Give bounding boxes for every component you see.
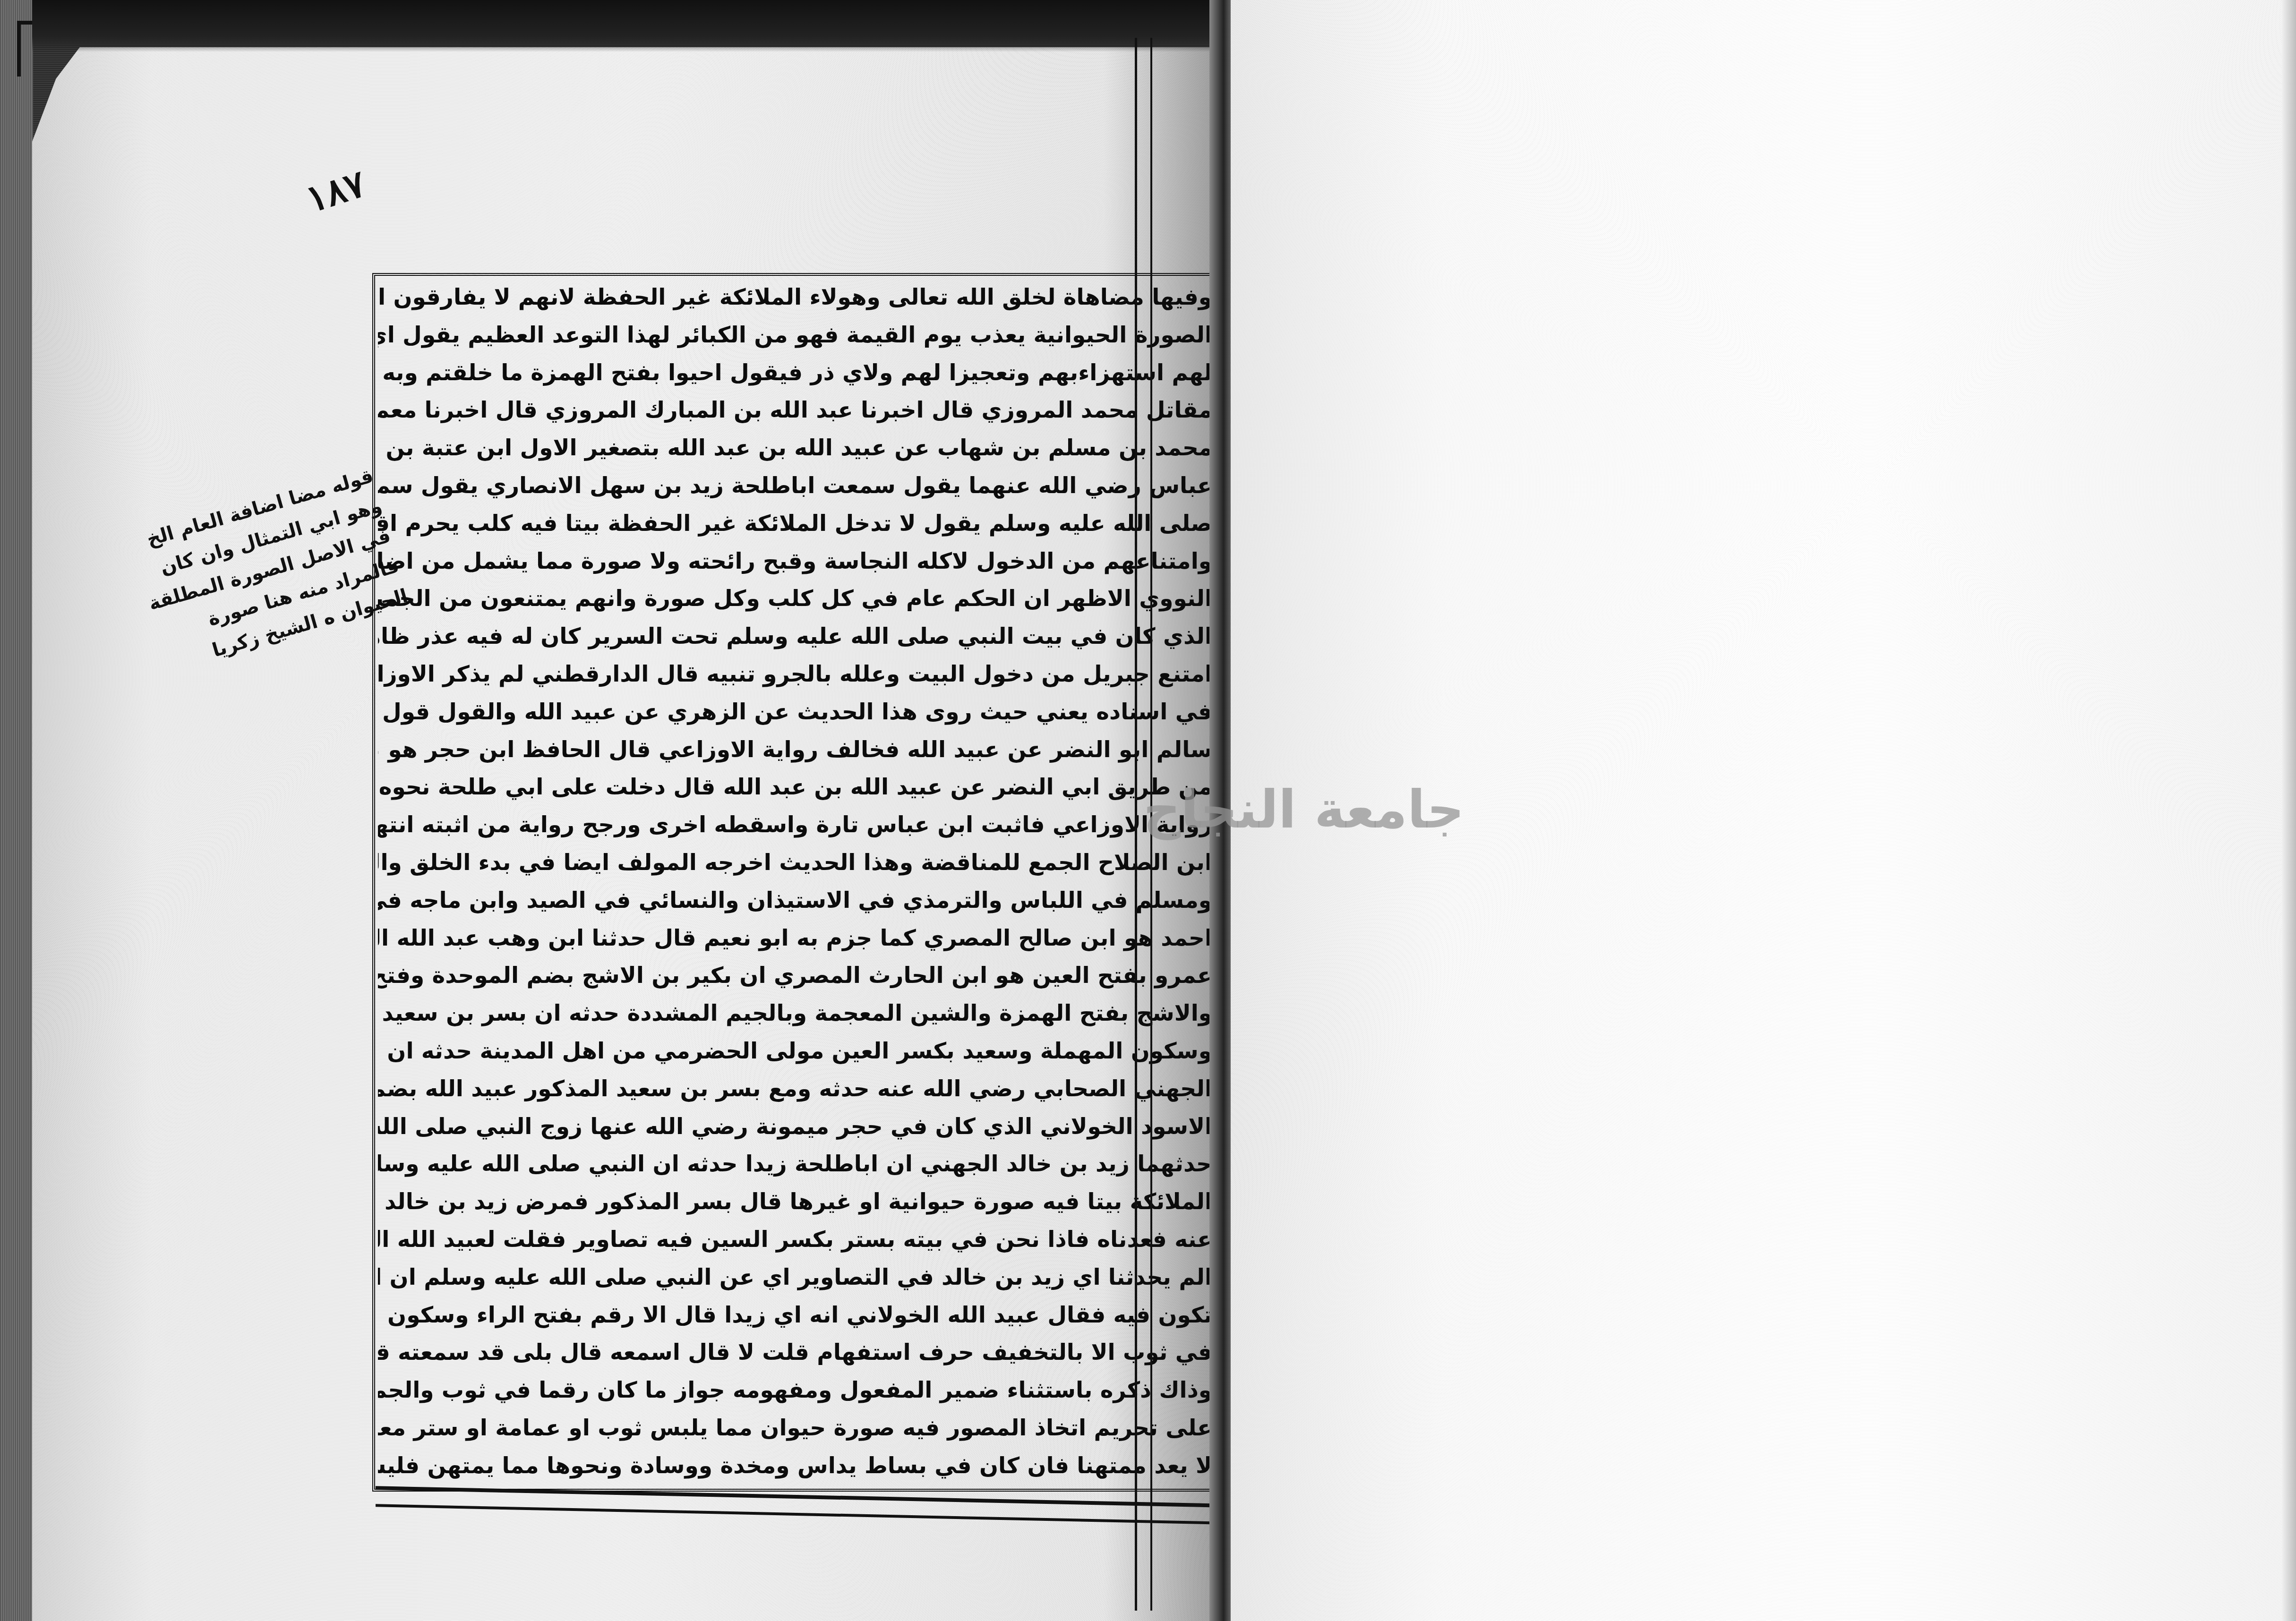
text-line: صلى الله عليه وسلم يقول لا تدخل الملائكة…	[378, 505, 1212, 543]
text-line: ابن الصلاح الجمع للمناقضة وهذا الحديث اخ…	[378, 844, 1212, 882]
text-line: عباس رضي الله عنهما يقول سمعت اباطلحة زي…	[378, 467, 1212, 505]
text-line: وامتناعهم من الدخول لاكله النجاسة وقبح ر…	[378, 543, 1212, 580]
text-line: وسكون المهملة وسعيد بكسر العين مولى الحض…	[378, 1032, 1212, 1070]
text-line: والاشج بفتح الهمزة والشين المعجمة وبالجي…	[378, 995, 1212, 1032]
right-page-edge	[2282, 0, 2296, 1621]
text-line: سالم ابو النضر عن عبيد الله فخالف رواية …	[378, 731, 1212, 769]
text-line: الذي كان في بيت النبي صلى الله عليه وسلم…	[378, 618, 1212, 656]
text-line: النووي الاظهر ان الحكم عام في كل كلب وكل…	[378, 580, 1212, 618]
text-line: محمد بن مسلم بن شهاب عن عبيد الله بن عبد…	[378, 429, 1212, 467]
text-line: في اسناده يعني حيث روى هذا الحديث عن الز…	[378, 693, 1212, 731]
text-line: في ثوب الا بالتخفيف حرف استفهام قلت لا ق…	[378, 1334, 1212, 1372]
text-line: احمد هو ابن صالح المصري كما جزم به ابو ن…	[378, 920, 1212, 957]
scanner-edge-strip	[0, 0, 33, 1621]
text-line: الجهني الصحابي رضي الله عنه حدثه ومع بسر…	[378, 1070, 1212, 1108]
text-line: عنه فعدناه فاذا نحن في بيته بستر بكسر ال…	[378, 1221, 1212, 1259]
text-line: وذاك ذكره باستثناء ضمير المفعول ومفهومه …	[378, 1372, 1212, 1409]
top-shadow	[32, 0, 1223, 52]
main-text-block: وفيها مضاهاة لخلق الله تعالى وهولاء المل…	[378, 279, 1212, 1488]
text-line: رواية الاوزاعي فاثبت ابن عباس تارة واسقط…	[378, 806, 1212, 844]
text-line: تكون فيه فقال عبيد الله الخولاني انه اي …	[378, 1297, 1212, 1334]
text-line: الاسود الخولاني الذي كان في حجر ميمونة ر…	[378, 1108, 1212, 1146]
text-line: عمرو بفتح العين هو ابن الحارث المصري ان …	[378, 957, 1212, 995]
text-line: الم يحدثنا اي زيد بن خالد في التصاوير اي…	[378, 1259, 1212, 1297]
text-line: امتنع جبريل من دخول البيت وعلله بالجرو ت…	[378, 656, 1212, 693]
text-line: وفيها مضاهاة لخلق الله تعالى وهولاء المل…	[378, 279, 1212, 316]
text-line: يمنع دخول ملائكة الرحمة ذلك البيت ولا فر…	[378, 1485, 1212, 1488]
university-watermark: جامعة النجاح	[1143, 779, 1465, 840]
text-line: ومسلم في اللباس والترمذي في الاستيذان وا…	[378, 882, 1212, 920]
text-line: على تحريم اتخاذ المصور فيه صورة حيوان مم…	[378, 1409, 1212, 1447]
text-line: الملائكة بيتا فيه صورة حيوانية او غيرها …	[378, 1183, 1212, 1221]
text-line: الصورة الحيوانية يعذب يوم القيمة فهو من …	[378, 316, 1212, 354]
text-line: حدثهما زيد بن خالد الجهني ان اباطلحة زيد…	[378, 1145, 1212, 1183]
text-line: لا يعد ممتهنا فان كان في بساط يداس ومخدة…	[378, 1447, 1212, 1485]
text-line: من طريق ابي النضر عن عبيد الله بن عبد ال…	[378, 768, 1212, 806]
text-line: لهم استهزاءبهم وتعجيزا لهم ولاي ذر فيقول…	[378, 354, 1212, 392]
text-line: مقاتل محمد المروزي قال اخبرنا عبد الله ب…	[378, 392, 1212, 429]
